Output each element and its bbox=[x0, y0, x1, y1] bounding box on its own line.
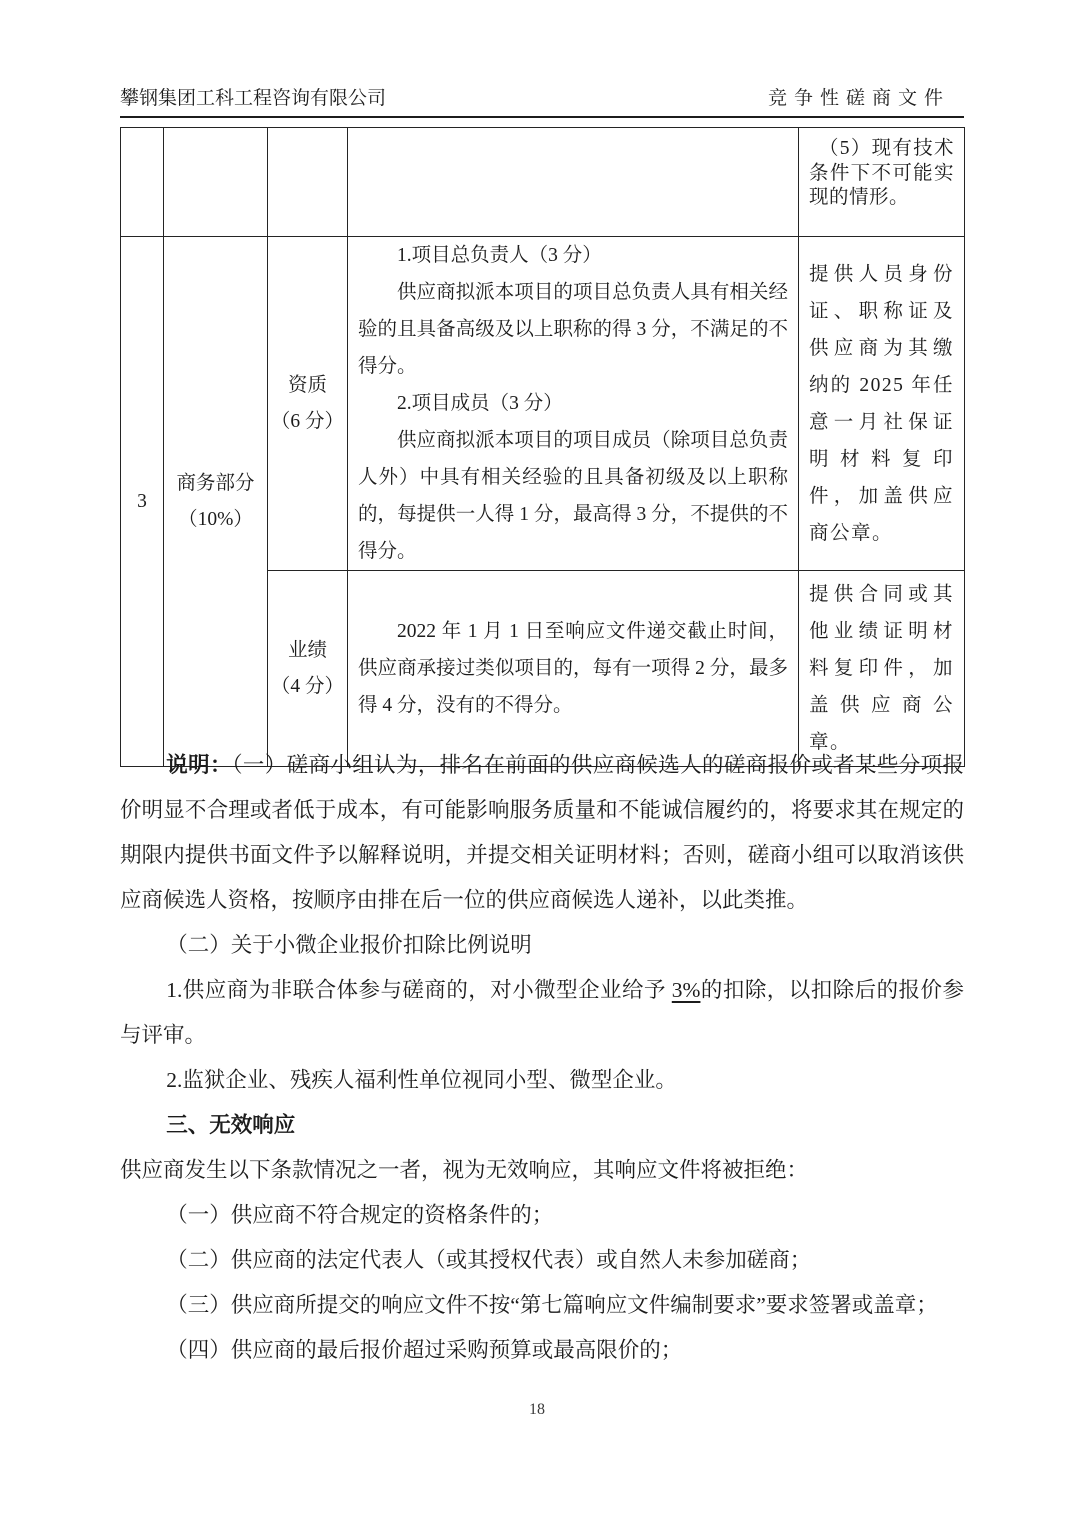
header-company-name: 攀钢集团工科工程咨询有限公司 bbox=[120, 88, 386, 110]
proof-cell-continuation: （5）现有技术条件下不可能实现的情形。 bbox=[799, 128, 965, 237]
item-score: （4 分） bbox=[268, 669, 347, 705]
notes-label: 说明： bbox=[166, 753, 232, 777]
notes-paragraph-2-item-2: 2.监狱企业、残疾人福利性单位视同小型、微型企业。 bbox=[120, 1058, 964, 1103]
proof-text: （5）现有技术条件下不可能实现的情形。 bbox=[809, 137, 954, 211]
item-score: （6 分） bbox=[268, 404, 347, 440]
category-weight: （10%） bbox=[164, 502, 267, 538]
criteria-paragraph: 供应商拟派本项目的项目总负责人具有相关经验的且具备高级及以上职称的得 3 分，不… bbox=[358, 274, 788, 385]
proof-cell-performance: 提供合同或其他业绩证明材料复印件，加盖供应商公章。 bbox=[799, 571, 965, 767]
proof-cell-qualification: 提供人员身份证、职称证及供应商为其缴纳的 2025 年任意一月社保证明材料复印件… bbox=[799, 237, 965, 571]
invalid-response-item-1: （一）供应商不符合规定的资格条件的； bbox=[120, 1193, 964, 1238]
empty-category-cell bbox=[164, 128, 268, 237]
item-cell-performance: 业绩 （4 分） bbox=[268, 571, 348, 767]
criteria-cell-qualification: 1.项目总负责人（3 分） 供应商拟派本项目的项目总负责人具有相关经验的且具备高… bbox=[348, 237, 799, 571]
category-cell: 商务部分 （10%） bbox=[164, 237, 268, 767]
item1-pre: 1.供应商为非联合体参与磋商的，对小微型企业给予 bbox=[166, 978, 672, 1002]
item-name: 资质 bbox=[268, 368, 347, 404]
proof-text: 提供人员身份证、职称证及供应商为其缴纳的 2025 年任意一月社保证明材料复印件… bbox=[809, 256, 954, 552]
page-header: 攀钢集团工科工程咨询有限公司 竞争性磋商文件 bbox=[120, 88, 964, 118]
body-text: 说明：（一）磋商小组认为，排名在前面的供应商候选人的磋商报价或者某些分项报价明显… bbox=[120, 743, 964, 1373]
criteria-paragraph: 供应商拟派本项目的项目成员（除项目总负责人外）中具有相关经验的且具备初级及以上职… bbox=[358, 422, 788, 570]
section-heading-invalid-response: 三、无效响应 bbox=[120, 1103, 964, 1148]
proof-text: 提供合同或其他业绩证明材料复印件，加盖供应商公章。 bbox=[809, 576, 954, 761]
table-row-qualification: 3 商务部分 （10%） 资质 （6 分） 1.项目总负责人（3 分） 供应商拟… bbox=[121, 237, 965, 571]
criteria-paragraph: 2022 年 1 月 1 日至响应文件递交截止时间，供应商承接过类似项目的，每有… bbox=[358, 613, 788, 724]
invalid-response-item-4: （四）供应商的最后报价超过采购预算或最高限价的； bbox=[120, 1328, 964, 1373]
notes-paragraph-2-title: （二）关于小微企业报价扣除比例说明 bbox=[120, 923, 964, 968]
item1-underlined-value: 3% bbox=[672, 978, 701, 1002]
scoring-table: （5）现有技术条件下不可能实现的情形。 3 商务部分 （10%） 资质 （6 分… bbox=[120, 127, 965, 767]
criteria-cell-performance: 2022 年 1 月 1 日至响应文件递交截止时间，供应商承接过类似项目的，每有… bbox=[348, 571, 799, 767]
criteria-paragraph: 2.项目成员（3 分） bbox=[358, 385, 788, 422]
page-number: 18 bbox=[0, 1401, 1074, 1419]
invalid-response-intro: 供应商发生以下条款情况之一者，视为无效响应，其响应文件将被拒绝： bbox=[120, 1148, 964, 1193]
document-page: 攀钢集团工科工程咨询有限公司 竞争性磋商文件 （5）现有技术条件下不可能实现的情… bbox=[0, 0, 1074, 1520]
header-doc-type: 竞争性磋商文件 bbox=[768, 88, 950, 110]
notes-paragraph-1: 说明：（一）磋商小组认为，排名在前面的供应商候选人的磋商报价或者某些分项报价明显… bbox=[120, 743, 964, 923]
invalid-response-item-2: （二）供应商的法定代表人（或其授权代表）或自然人未参加磋商； bbox=[120, 1238, 964, 1283]
criteria-paragraph: 1.项目总负责人（3 分） bbox=[358, 237, 788, 274]
empty-criteria-cell bbox=[348, 128, 799, 237]
category-name: 商务部分 bbox=[164, 466, 267, 502]
item-cell-qualification: 资质 （6 分） bbox=[268, 237, 348, 571]
notes-text-1: （一）磋商小组认为，排名在前面的供应商候选人的磋商报价或者某些分项报价明显不合理… bbox=[120, 753, 964, 912]
item-name: 业绩 bbox=[268, 633, 347, 669]
notes-paragraph-2-item-1: 1.供应商为非联合体参与磋商的，对小微型企业给予 3%的扣除，以扣除后的报价参与… bbox=[120, 968, 964, 1058]
empty-seq-cell bbox=[121, 128, 164, 237]
invalid-response-item-3: （三）供应商所提交的响应文件不按“第七篇响应文件编制要求”要求签署或盖章； bbox=[120, 1283, 964, 1328]
seq-cell: 3 bbox=[121, 237, 164, 767]
empty-item-cell bbox=[268, 128, 348, 237]
table-row-continuation: （5）现有技术条件下不可能实现的情形。 bbox=[121, 128, 965, 237]
